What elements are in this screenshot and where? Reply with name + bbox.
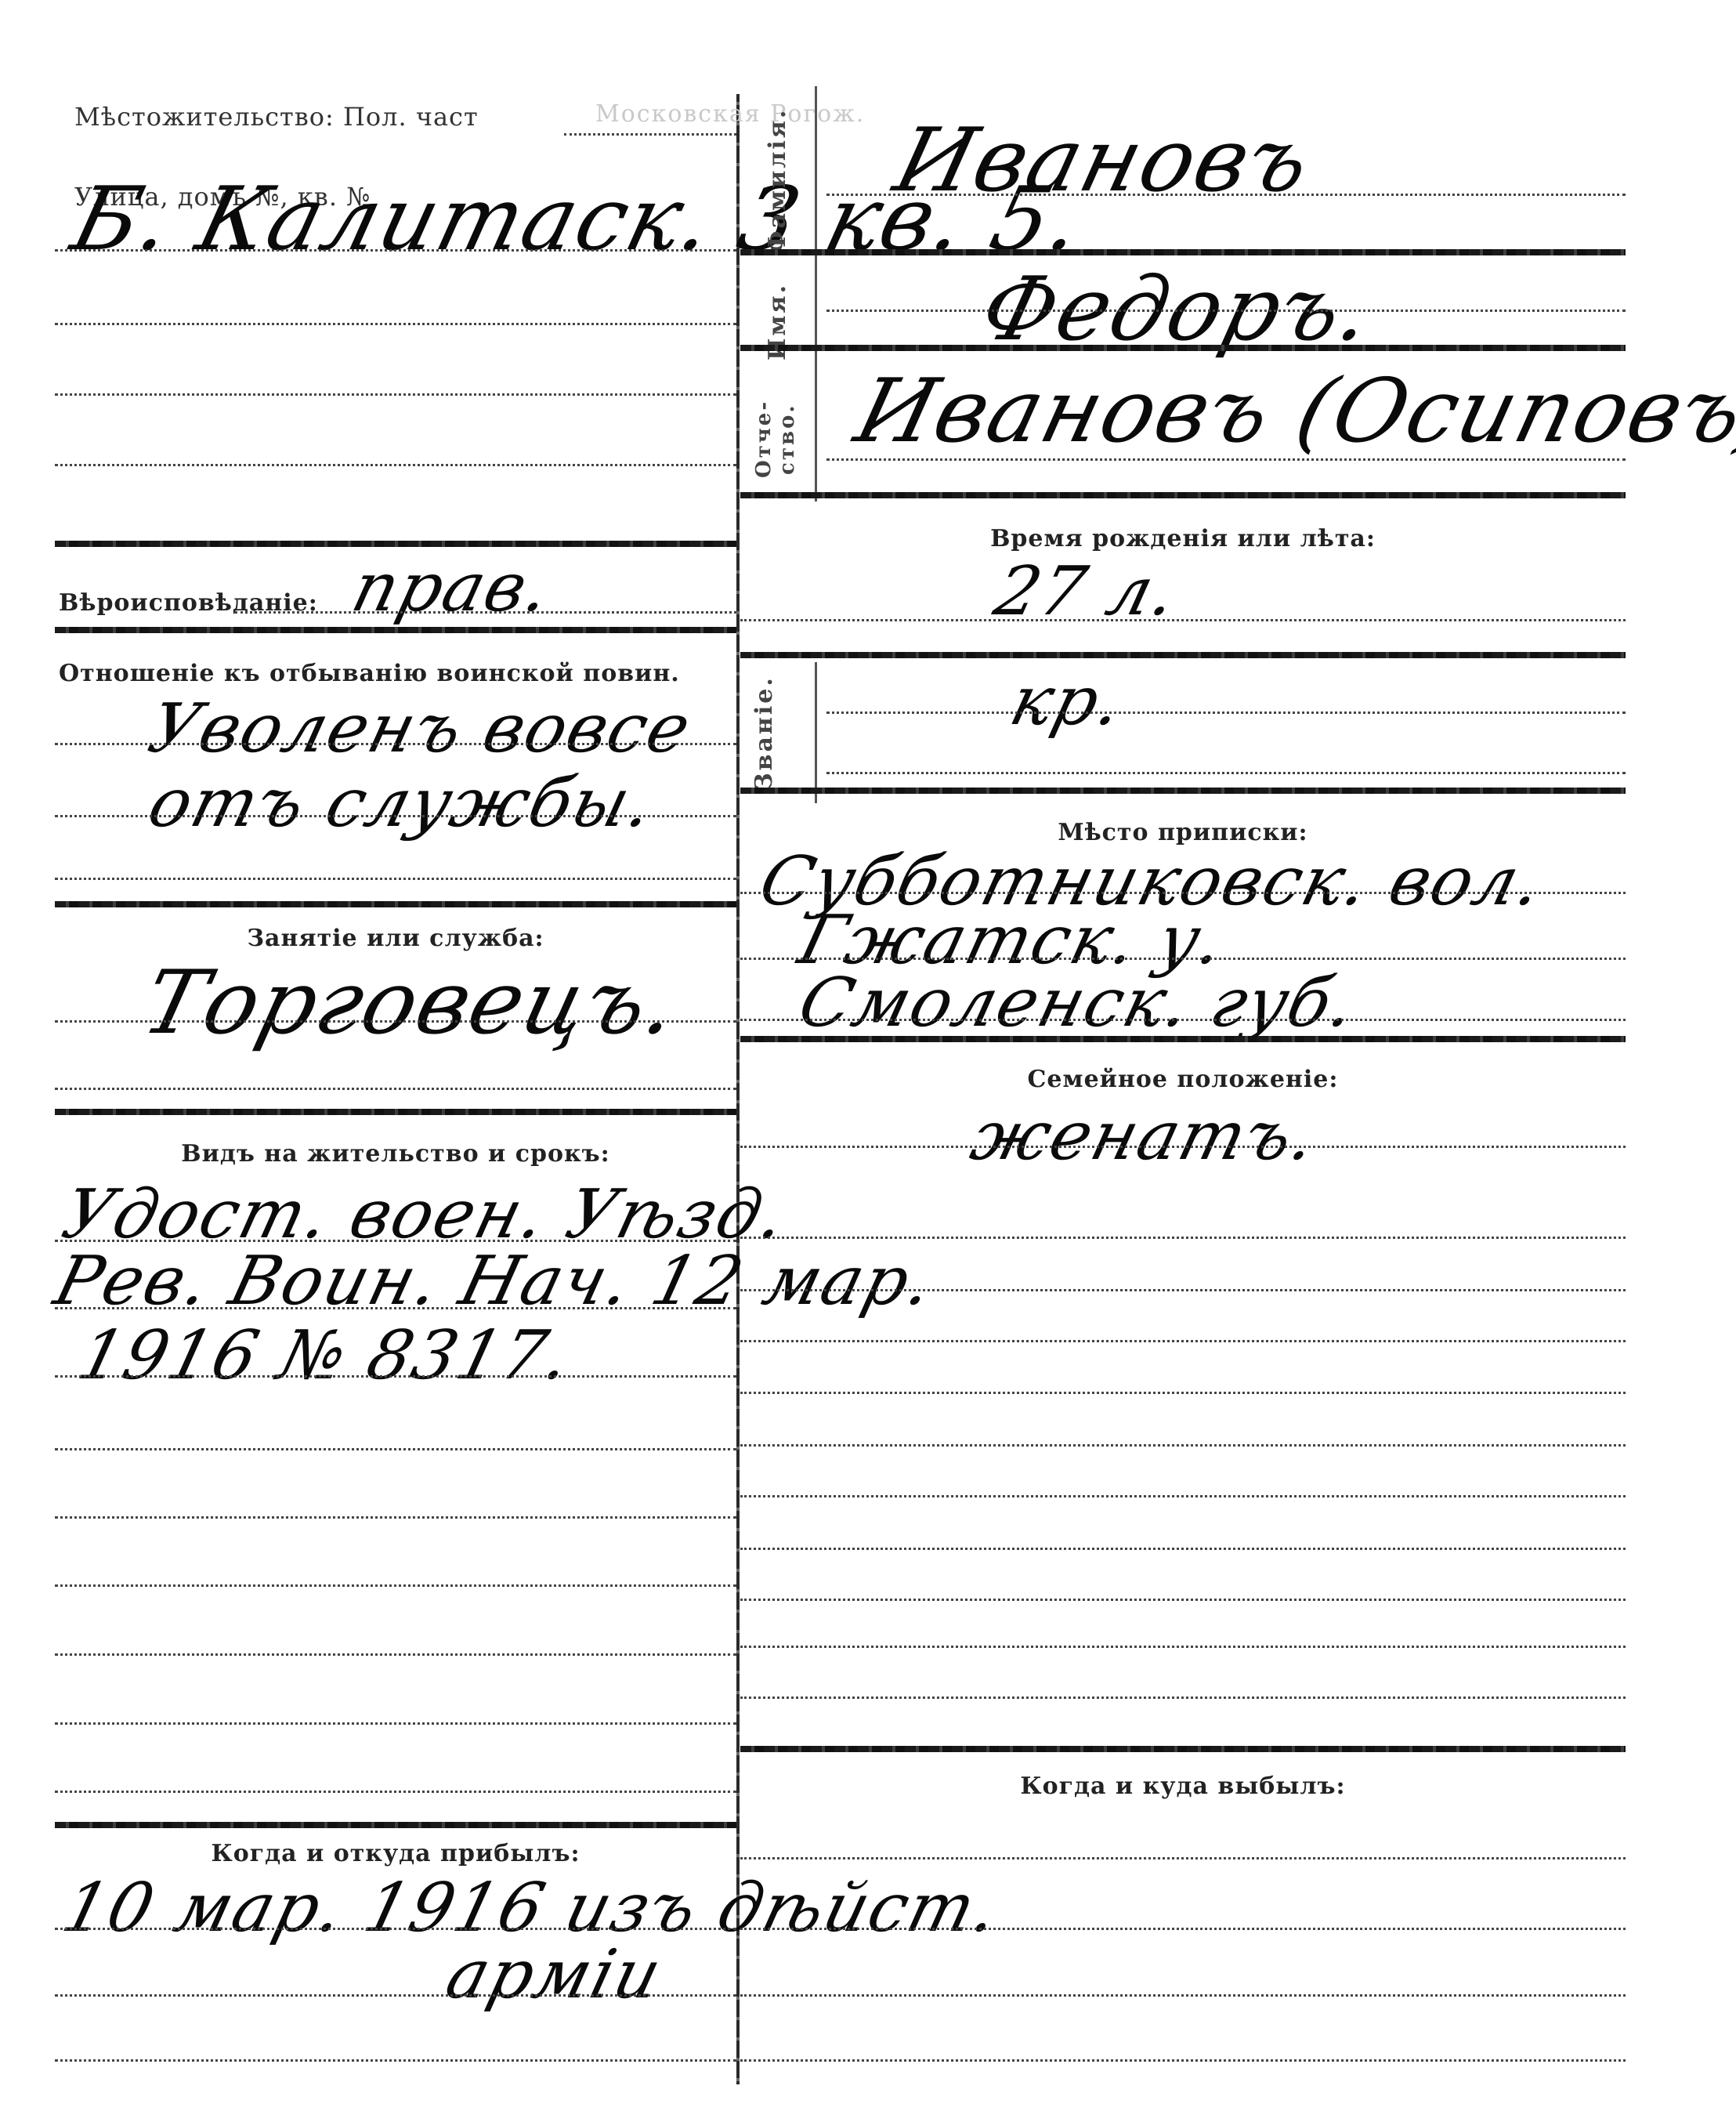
permit-label: Видъ на жительство и срокъ: [55,1140,736,1168]
family-rule-4 [740,1340,1626,1342]
registration-value-3: Смоленск. губ. [791,964,1364,1042]
residence-rule [564,133,736,136]
permit-value-3: 1916 № 8317. [71,1316,580,1395]
military-rule-2 [55,815,736,817]
occupation-value: Торговецъ. [133,952,689,1054]
arrival-label: Когда и откуда прибылъ: [55,1840,736,1867]
section-rule [740,652,1626,658]
blank-rule-1 [55,323,736,325]
surname-value: Ивановъ [885,110,1322,212]
name-rule [826,310,1626,312]
registration-rule-3 [740,1019,1626,1021]
arrival-rule-1 [55,1928,736,1930]
rank-rule-1 [826,712,1626,714]
birth-rule [740,619,1626,621]
departure-rule-2 [740,1928,1626,1930]
rank-value: кр. [1003,662,1132,741]
side-label-separator [815,86,817,502]
departure-rule-4 [740,2059,1626,2062]
occupation-rule-1 [55,1020,736,1023]
family-rule-2 [740,1237,1626,1239]
arrival-rule-3 [55,2059,736,2062]
permit-rule-6 [55,1584,736,1587]
military-label: Отношеніе къ отбыванію воинской повин. [59,660,680,687]
family-rule-9 [740,1599,1626,1601]
family-value: женатъ. [964,1097,1326,1175]
section-rule [55,541,736,547]
registration-rule-2 [740,958,1626,960]
column-divider [736,94,740,2084]
occupation-label: Занятіе или служба: [55,925,736,952]
section-rule [740,1746,1626,1752]
section-rule [55,901,736,907]
departure-rule-3 [740,1994,1626,1997]
section-rule [55,627,736,633]
permit-rule-7 [55,1653,736,1656]
military-value-1: Уволенъ вовсе [141,690,700,768]
military-rule-3 [55,878,736,880]
birth-label: Время рожденія или лѣта: [740,525,1626,552]
family-rule-7 [740,1495,1626,1497]
section-rule [740,788,1626,794]
permit-rule-3 [55,1375,736,1378]
permit-rule-9 [55,1791,736,1793]
permit-rule-4 [55,1448,736,1450]
family-rule-8 [740,1548,1626,1550]
section-rule [740,345,1626,351]
family-rule-5 [740,1392,1626,1394]
name-side-label: Имя. [764,266,791,376]
departure-rule-1 [740,1857,1626,1859]
permit-rule-8 [55,1722,736,1725]
religion-value: прав. [345,549,559,627]
permit-rule-2 [55,1307,736,1309]
residence-label: Мѣстожительство: Пол. част [74,102,479,132]
occupation-rule-2 [55,1088,736,1090]
family-rule-1 [740,1146,1626,1148]
patronymic-rule [826,458,1626,461]
patronymic-side-label: Отче-ство. [752,388,799,490]
departure-label: Когда и куда выбылъ: [740,1773,1626,1800]
arrival-value-2: арміи [439,1936,670,2014]
section-rule [740,492,1626,498]
family-rule-3 [740,1289,1626,1291]
family-label: Семейное положеніе: [740,1066,1626,1093]
section-rule [55,1822,736,1828]
section-rule [740,1036,1626,1042]
blank-rule-2 [55,393,736,396]
rank-rule-2 [826,772,1626,774]
permit-rule-5 [55,1516,736,1519]
section-rule [740,249,1626,255]
military-rule-1 [55,743,736,745]
military-value-2: отъ службы. [141,764,662,842]
rank-side-separator [815,662,817,803]
surname-side-label: Фамилія. [764,102,791,259]
surname-rule [826,194,1626,196]
blank-rule-3 [55,464,736,466]
family-rule-11 [740,1697,1626,1699]
residence-stamp: Московская Рогож. [595,100,865,128]
arrival-rule-2 [55,1994,736,1997]
registration-card: Мѣстожительство: Пол. част Московская Ро… [0,0,1736,2122]
rank-side-label: Званіе. [750,666,778,799]
registration-rule-1 [740,892,1626,894]
section-rule [55,1109,736,1115]
religion-rule [235,611,736,614]
street-rule [55,249,736,252]
patronymic-value: Ивановъ (Осиповъ) [846,360,1736,462]
family-rule-10 [740,1646,1626,1648]
family-rule-6 [740,1444,1626,1447]
